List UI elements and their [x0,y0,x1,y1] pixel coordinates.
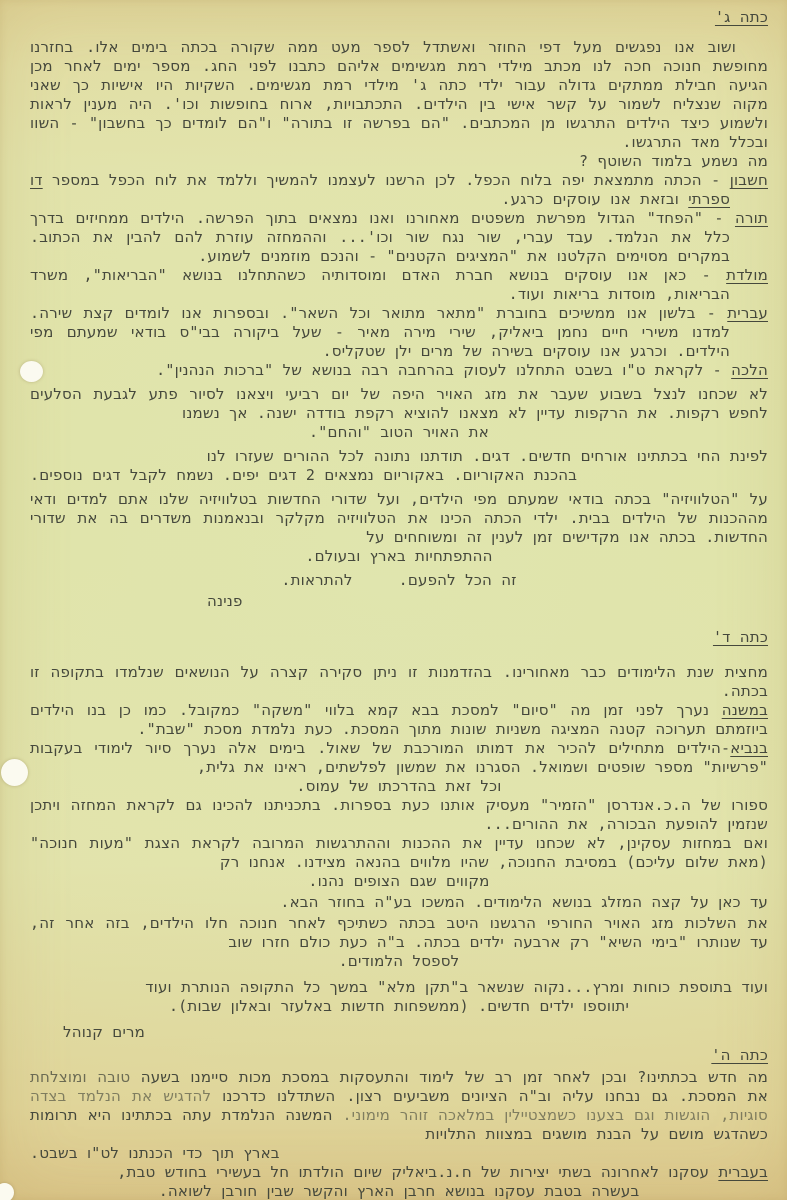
class-d-header: כתה ד' [30,628,768,647]
class-h-header: כתה ה' [30,1046,768,1065]
subject-halacha-paragraph: הלכה - לקראת ט"ו בשבט התחלנו לעסוק בהרחב… [30,361,768,380]
subject-halacha-label: הלכה [731,361,768,379]
subject-math-text-b: ובזאת אנו עוסקים כרגע. [501,190,688,208]
play-last-line: מקווים שגם הצופים נהנו. [30,872,768,891]
class-d-summary-line: עד כאן על קצה המזלג בנושא הלימודים. המשכ… [30,893,768,912]
navi-label: בנביא [730,739,768,757]
subject-torah-label: תורה [735,209,768,227]
class-d-intro-paragraph: מחצית שנת הלימודים כבר מאחורינו. בהזדמנו… [30,663,768,701]
pets-body: לפינת החי בכתתינו אורחים חדשים. דגים. תו… [30,447,768,466]
winter-paragraph: את השלכות מזג האויר החורפי הרגשנו היטב ב… [30,914,768,971]
navi-last-line: וכל זאת בהדרכתו של עמוס. [30,777,768,796]
winter-body: את השלכות מזג האויר החורפי הרגשנו היטב ב… [30,914,768,952]
hope-body: ועוד בתוספת כוחות ומרץ...נקוה שנשאר ב"תק… [30,978,768,997]
subject-homeland-label: מולדת [726,266,768,284]
tv-last-line: ההתפתחיות בארץ ובעולם. [30,547,768,566]
navi-body: בנביא-הילדים מתחילים להכיר את דמותו המור… [30,739,768,777]
navi-paragraph: בנביא-הילדים מתחילים להכיר את דמותו המור… [30,739,768,796]
trip-body: לא שכחנו לנצל בשבוע שעבר את מזג האויר הי… [30,385,768,423]
navi-text: -הילדים מתחילים להכיר את דמותו המורכבת ש… [30,739,768,776]
andersen-paragraph: ספורו של ה.כ.אנדרסן "הזמיר" מעסיק אותנו … [30,796,768,834]
subject-math-text-a: - הכתה מתמצאת יפה בלוח הכפל. לכן הרשנו ל… [43,171,730,189]
punch-hole [20,361,43,382]
trip-last-line: את האויר הטוב "והחם". [30,423,768,442]
subject-homeland-text: - כאן אנו עוסקים בנושא חברת האדם ומוסדות… [30,266,730,303]
class-h-intro-body: מה חדש בכתתינו? ובכן לאחר זמן רב של לימו… [30,1068,768,1144]
class-g-header: כתה ג' [30,8,768,27]
intro-text-a: מה חדש בכתתינו? ובכן לאחר זמן רב של לימו… [130,1068,768,1086]
class-g-intro-paragraph: ושוב אנו נפגשים מעל דפי החוזר ואשתדל לספ… [30,38,768,152]
pets-paragraph: לפינת החי בכתתינו אורחים חדשים. דגים. תו… [30,447,768,485]
subject-hebrew-label: עברית [727,304,768,322]
winter-last-line: לספסל הלמודים. [30,952,768,971]
scanned-newsletter-page: כתה ג' ושוב אנו נפגשים מעל דפי החוזר ואש… [0,0,787,1200]
class-g-closing-line: זה הכל להפעם.להתראות. [30,571,768,590]
subject-halacha-text: - לקראת ט"ו בשבט התחלנו לעסוק בהרחבה רבה… [156,361,731,379]
hope-paragraph: ועוד בתוספת כוחות ומרץ...נקוה שנשאר ב"תק… [30,978,768,1016]
subject-math-label: חשבון [730,171,768,189]
play-paragraph: ואם במחזות עסקינן, לא שכחנו עדיין את ההכ… [30,834,768,891]
class-d-signature: מרים קנוהל [30,1023,768,1042]
intro-text-b: את המסכת. גם נבחנו עליה וב"ה הציונים משב… [211,1087,768,1105]
tv-paragraph: על "הטלוויזיה" בכתה בודאי שמעתם מפי הילד… [30,490,768,566]
mishna-label: במשנה [722,701,768,719]
subject-hebrew-text: - בלשון אנו ממשיכים בחוברת "מתאר מתואר ו… [30,304,730,360]
mishna-text: נערך לפני זמן מה "סיום" למסכת בבא קמא בל… [30,701,768,738]
closing-text: זה הכל להפעם. [399,571,517,589]
play-body: ואם במחזות עסקינן, לא שכחנו עדיין את ההכ… [30,834,768,872]
mishna-paragraph: במשנה נערך לפני זמן מה "סיום" למסכת בבא … [30,701,768,739]
subject-hebrew-paragraph: עברית - בלשון אנו ממשיכים בחוברת "מתאר מ… [30,304,768,361]
class-h-hebrew-paragraph: בעברית עסקנו לאחרונה בשתי יצירות של ח.נ.… [30,1163,768,1200]
hope-last-line: יתווספו ילדים חדשים. (ממשפחות חדשות באלע… [30,997,768,1016]
class-h-intro-paragraph: מה חדש בכתתינו? ובכן לאחר זמן רב של לימו… [30,1068,768,1163]
class-g-signature: פנינה [30,592,768,611]
hebrew-last-line: בעשרה בטבת עסקנו בנושא חרבן הארץ והקשר ש… [30,1182,768,1200]
studies-heading: מה נשמע בלמוד השוטף ? [30,152,768,171]
subject-torah-paragraph: תורה - "הפחד" הגדול מפרשת משפטים מאחורנו… [30,209,768,266]
punch-hole [1,759,28,786]
tv-body: על "הטלוויזיה" בכתה בודאי שמעתם מפי הילד… [30,490,768,547]
subject-homeland-paragraph: מולדת - כאן אנו עוסקים בנושא חברת האדם ו… [30,266,768,304]
pets-last-line: בהכנת האקוריום. באקוריום נמצאים 2 דגים י… [30,466,768,485]
class-h-intro-last-line: בארץ תוך כדי הכנתנו לט"ו בשבט. [30,1144,768,1163]
hebrew-label: בעברית [718,1163,768,1181]
trip-paragraph: לא שכחנו לנצל בשבוע שעבר את מזג האויר הי… [30,385,768,442]
subject-torah-text: - "הפחד" הגדול מפרשת משפטים מאחורנו ואנו… [30,209,735,265]
intro-faded-a: טובה ומוצלחת [30,1068,130,1086]
subject-math-paragraph: חשבון - הכתה מתמצאת יפה בלוח הכפל. לכן ה… [30,171,768,209]
farewell-text: להתראות. [281,571,352,589]
hebrew-text: עסקנו לאחרונה בשתי יצירות של ח.נ.ביאליק … [117,1163,718,1181]
hebrew-body: בעברית עסקנו לאחרונה בשתי יצירות של ח.נ.… [30,1163,768,1182]
punch-hole [0,1183,14,1200]
